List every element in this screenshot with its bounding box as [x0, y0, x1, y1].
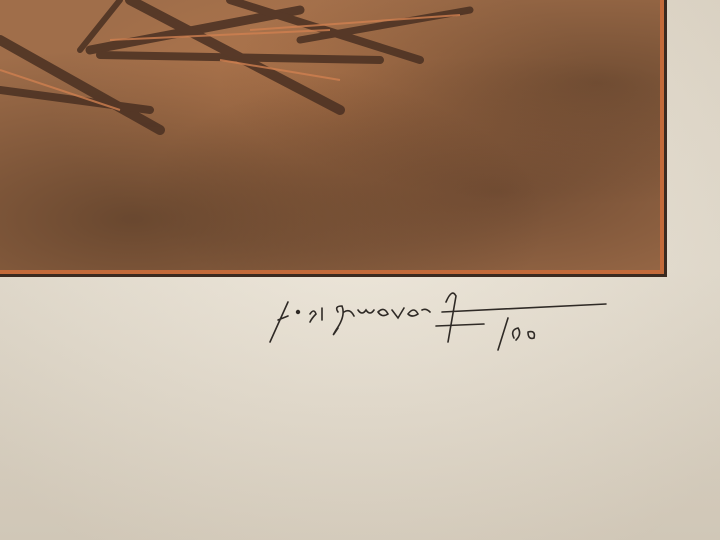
lithograph-image [0, 0, 667, 277]
signature-date: /60 [266, 282, 268, 283]
branch-strokes [0, 0, 664, 274]
artist-signature: f. Signovert /60 [266, 282, 616, 362]
signature-strokes [266, 282, 616, 362]
